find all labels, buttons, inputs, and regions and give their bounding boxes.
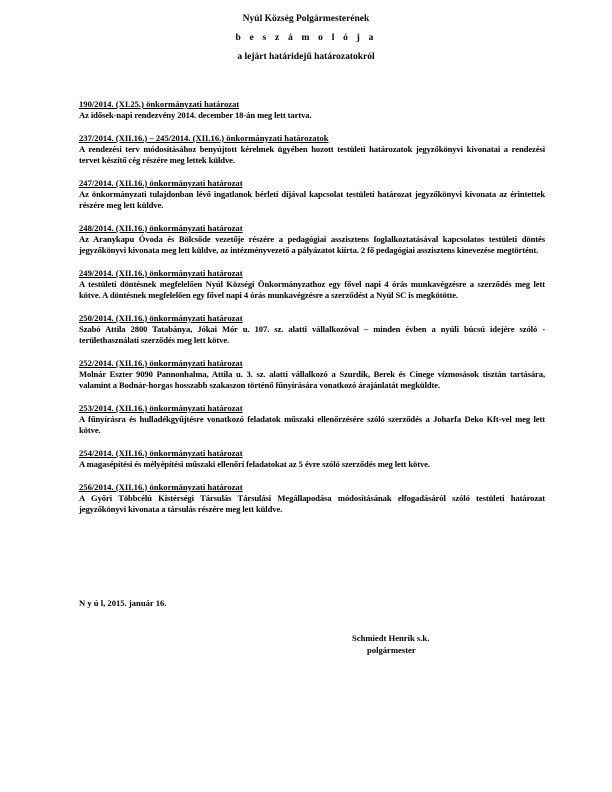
- place-date: N y ú l, 2015. január 16.: [79, 598, 166, 608]
- resolution-body: A fűnyírásra és hulladékgyűjtésre vonatk…: [79, 414, 545, 436]
- resolution-entry: 253/2014. (XII.16.) önkormányzati határo…: [79, 403, 545, 437]
- resolution-title: 256/2014. (XII.16.) önkormányzati határo…: [79, 482, 545, 493]
- resolution-entry: 256/2014. (XII.16.) önkormányzati határo…: [79, 482, 545, 516]
- document-title: Nyúl Község Polgármesterének: [0, 14, 612, 24]
- resolution-title: 249/2014. (XII.16.) önkormányzati határo…: [79, 268, 545, 279]
- resolution-body: Az önkormányzati tulajdonban lévő ingatl…: [79, 189, 545, 211]
- resolution-title: 248/2014. (XII.16.) önkormányzati határo…: [79, 223, 545, 234]
- resolution-entry: 250/2014. (XII.16.) önkormányzati határo…: [79, 313, 545, 347]
- resolution-body: Az Aranykapu Óvoda és Bölcsőde vezetője …: [79, 234, 545, 256]
- resolution-body: Az idősek-napi rendezvény 2014. december…: [79, 110, 545, 121]
- document-subtitle: b e s z á m o l ó j a: [0, 33, 612, 43]
- resolution-body: Szabó Attila 2800 Tatabánya, Jókai Mór u…: [79, 324, 545, 346]
- resolution-title: 190/2014. (XI.25.) önkormányzati határoz…: [79, 99, 545, 110]
- resolution-title: 253/2014. (XII.16.) önkormányzati határo…: [79, 403, 545, 414]
- resolution-body: A rendezési terv módosításához benyújtot…: [79, 144, 545, 166]
- resolution-body: Molnár Eszter 9090 Pannonhalma, Attila u…: [79, 369, 545, 391]
- resolution-entry: 254/2014. (XII.16.) önkormányzati határo…: [79, 448, 545, 470]
- resolution-body: A magasépítési és mélyépítési műszaki el…: [79, 459, 545, 470]
- resolution-body: A Győri Többcélú Kistérségi Társulás Tár…: [79, 493, 545, 515]
- signer-name: Schmiedt Henrik s.k.: [352, 633, 429, 643]
- resolution-entry: 249/2014. (XII.16.) önkormányzati határo…: [79, 268, 545, 302]
- resolution-title: 237/2014. (XII.16.) – 245/2014. (XII.16.…: [79, 133, 545, 144]
- resolution-body: A testületi döntésnek megfelelően Nyúl K…: [79, 279, 545, 301]
- resolution-title: 250/2014. (XII.16.) önkormányzati határo…: [79, 313, 545, 324]
- resolution-entry: 247/2014. (XII.16.) önkormányzati határo…: [79, 178, 545, 212]
- resolution-title: 252/2014. (XII.16.) önkormányzati határo…: [79, 358, 545, 369]
- resolution-entry: 248/2014. (XII.16.) önkormányzati határo…: [79, 223, 545, 257]
- resolution-entry: 190/2014. (XI.25.) önkormányzati határoz…: [79, 99, 545, 121]
- resolution-title: 254/2014. (XII.16.) önkormányzati határo…: [79, 448, 545, 459]
- signer-role: polgármester: [367, 645, 416, 655]
- resolution-entry: 237/2014. (XII.16.) – 245/2014. (XII.16.…: [79, 133, 545, 167]
- resolution-entry: 252/2014. (XII.16.) önkormányzati határo…: [79, 358, 545, 392]
- resolution-list: 190/2014. (XI.25.) önkormányzati határoz…: [79, 99, 545, 527]
- document-subject: a lejárt határidejű határozatokról: [0, 52, 612, 62]
- resolution-title: 247/2014. (XII.16.) önkormányzati határo…: [79, 178, 545, 189]
